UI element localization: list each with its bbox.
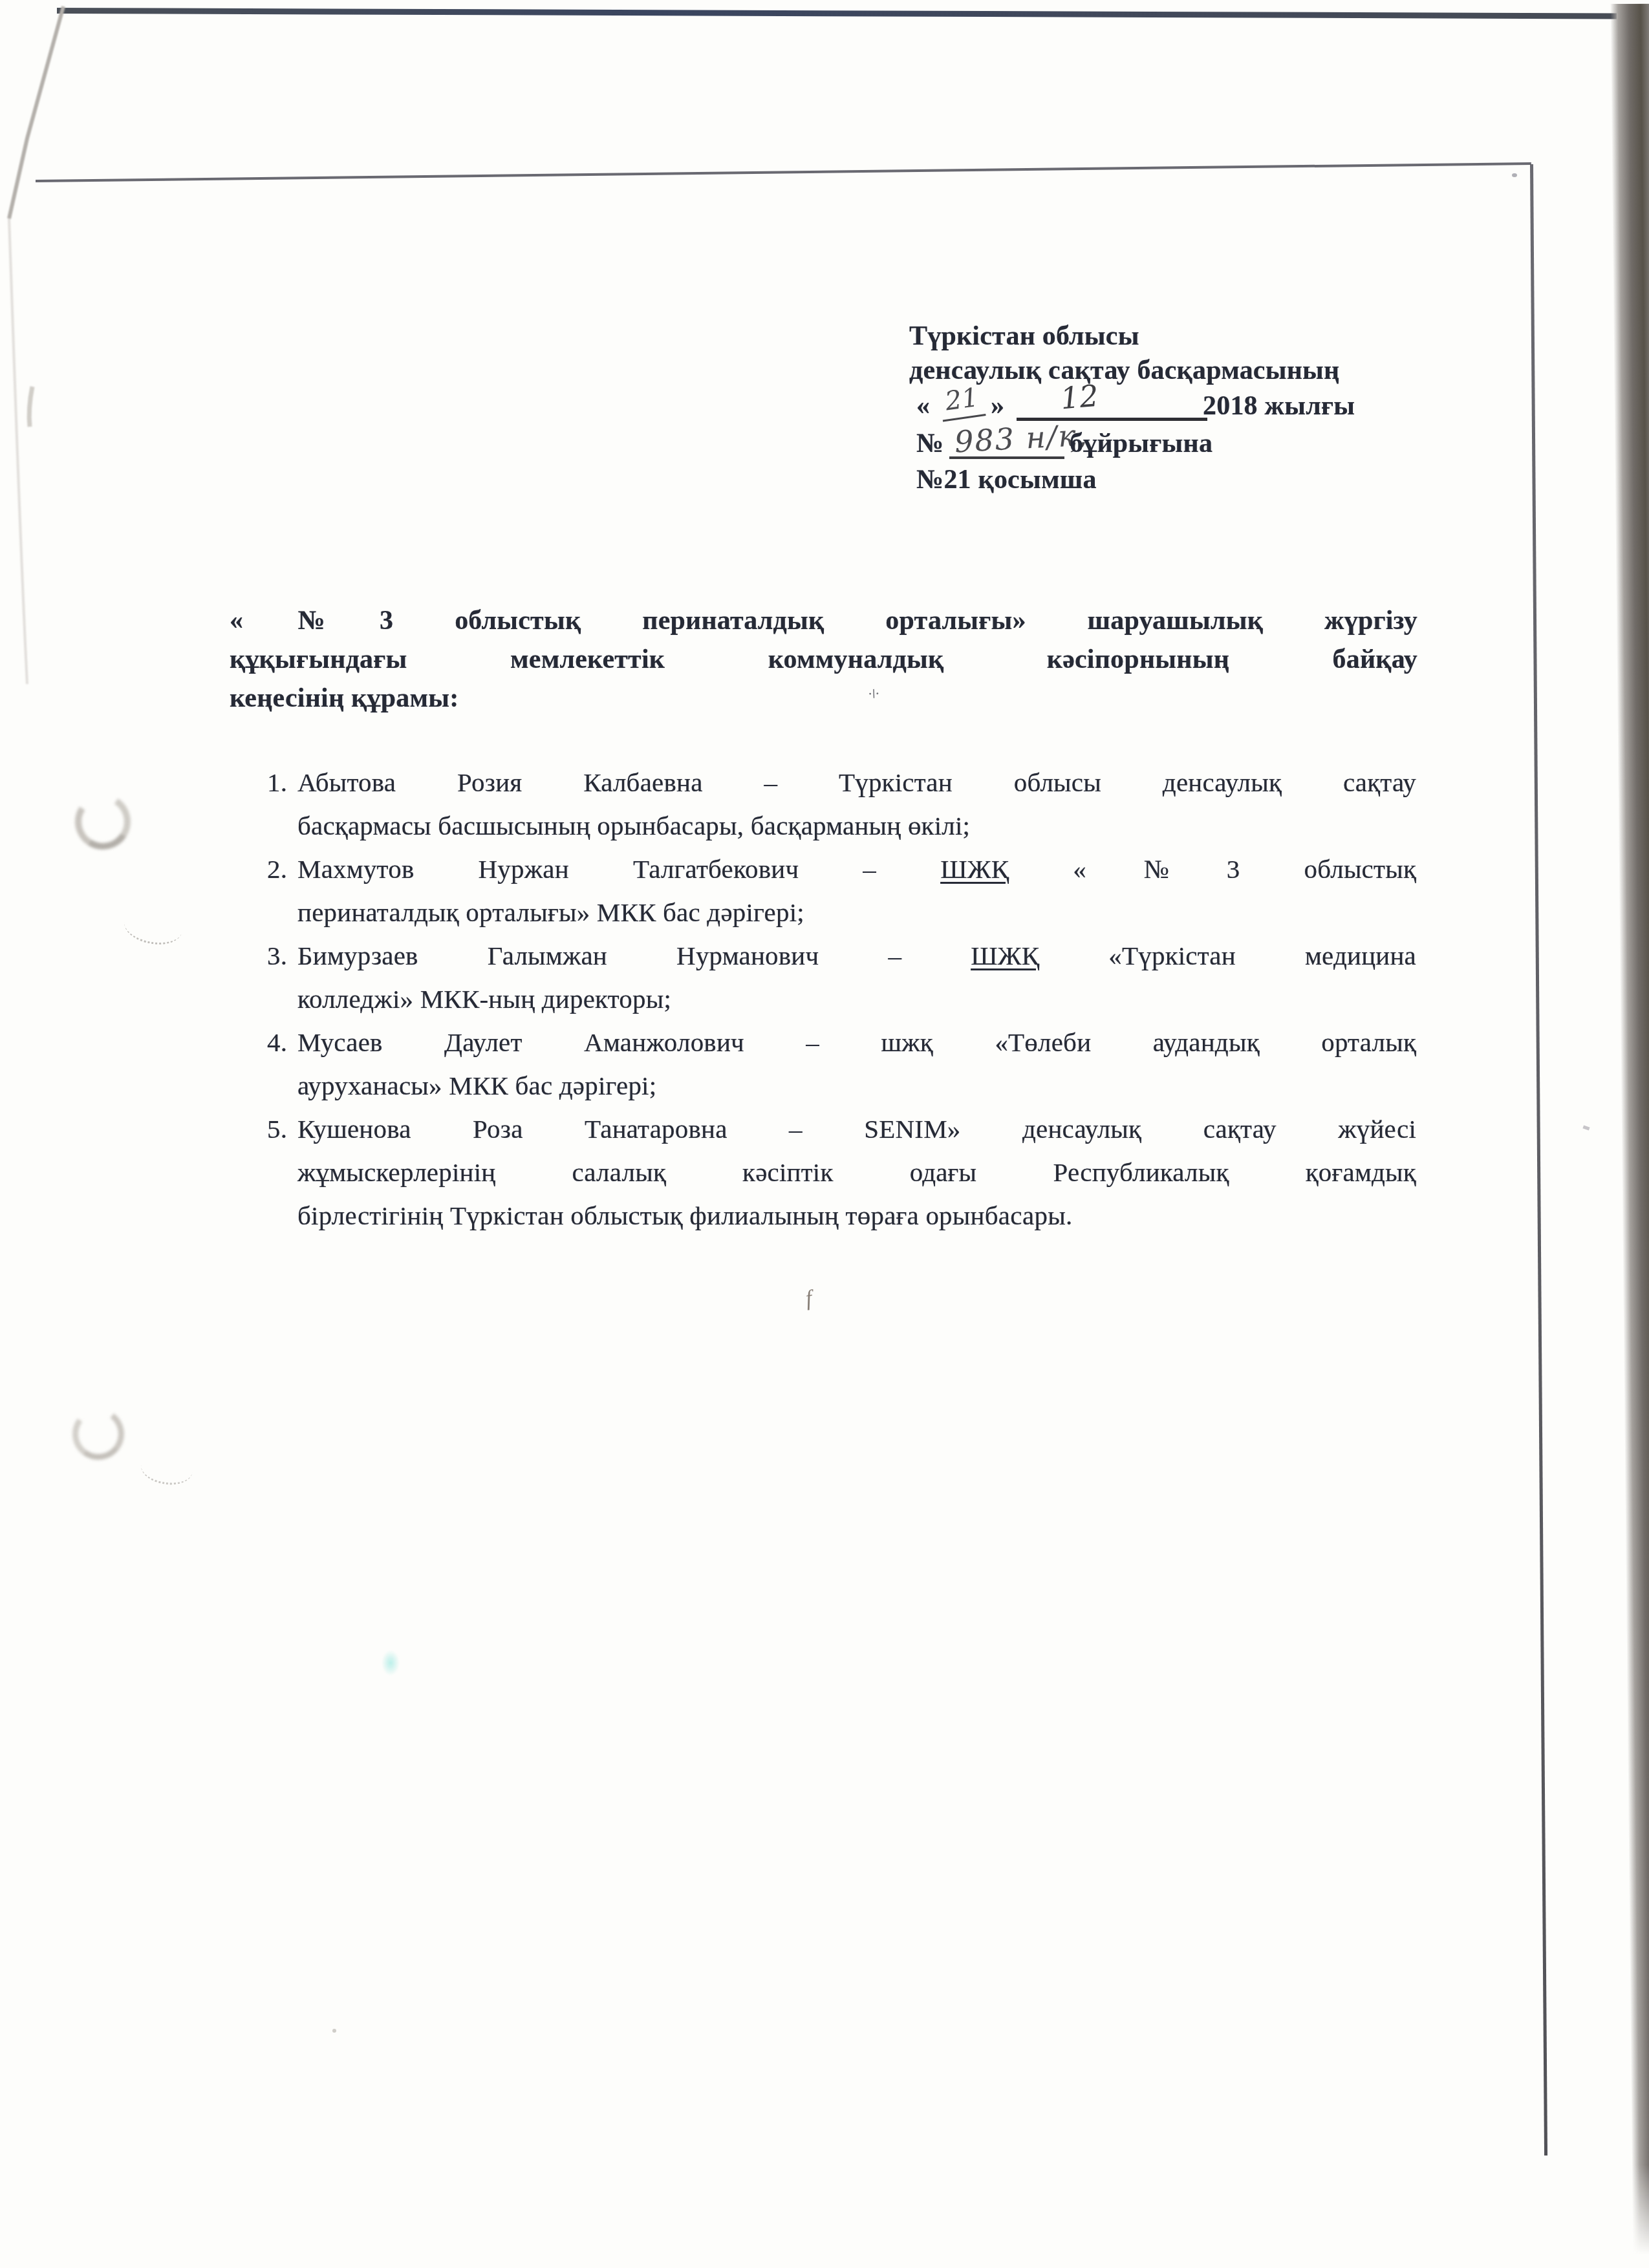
year-text: 2018 жылғы xyxy=(1203,389,1355,423)
dust-speck xyxy=(1512,173,1517,177)
list-item-text: Бимурзаев Галымжан Нурманович – xyxy=(297,941,901,970)
list-item-line: Мусаев Даулет Аманжолович – шжқ «Төлеби … xyxy=(297,1021,1416,1064)
appendix-number: №21 қосымша xyxy=(916,463,1417,497)
list-item-text: «Түркістан медицина xyxy=(1108,941,1416,970)
list-item-line: Бимурзаев Галымжан Нурманович – ШЖҚ «Түр… xyxy=(297,934,1416,978)
dust-speck xyxy=(1582,1125,1590,1130)
title-line: кеңесінің құрамы: xyxy=(230,679,1417,718)
list-item: 5. Кушенова Роза Танатаровна – SENIM» де… xyxy=(267,1107,1425,1237)
number-sign: № xyxy=(916,427,943,461)
title-line: «№3 облыстық перинаталдық орталығы» шару… xyxy=(230,601,1417,640)
order-reference-block: Түркістан облысы денсаулық сақтау басқар… xyxy=(907,319,1417,497)
underlined-abbreviation: ШЖҚ xyxy=(971,941,1039,970)
list-item: 3. Бимурзаев Галымжан Нурманович – ШЖҚ «… xyxy=(267,934,1425,1021)
punch-hole-shadow-bottom xyxy=(69,1405,127,1463)
stray-pencil-mark-center: f xyxy=(804,1287,814,1312)
department-name: денсаулық сақтау басқармасының xyxy=(909,354,1417,388)
list-item-number: 5. xyxy=(267,1107,287,1151)
close-quote: » xyxy=(991,389,1004,423)
list-item-line: ауруханасы» МКК бас дәрігері; xyxy=(297,1064,1416,1107)
list-item-line: Махмутов Нуржан Талгатбекович – ШЖҚ «№3 … xyxy=(297,848,1416,891)
list-item-line: перинаталдық орталығы» МКК бас дәрігері; xyxy=(297,891,1416,934)
list-item-number: 1. xyxy=(267,761,287,804)
page-fold-crease xyxy=(0,0,129,711)
list-item-number: 3. xyxy=(267,934,287,978)
member-list: 1. Абытова Розия Калбаевна – Түркістан о… xyxy=(267,761,1425,1237)
vertical-rule-line xyxy=(1530,164,1547,2156)
order-number-line: № 983 н/қ, бұйрығына xyxy=(907,425,1417,463)
dust-speck xyxy=(332,2029,336,2033)
list-item-line: Абытова Розия Калбаевна – Түркістан облы… xyxy=(297,761,1416,804)
dotted-arc-mark-top xyxy=(122,906,185,949)
scanner-shadow-band xyxy=(1610,3,1649,2254)
list-item-number: 2. xyxy=(267,848,287,891)
list-item: 4. Мусаев Даулет Аманжолович – шжқ «Төле… xyxy=(267,1021,1425,1107)
list-item-line: Кушенова Роза Танатаровна – SENIM» денса… xyxy=(297,1107,1416,1151)
order-date-line: « 21 » 12 2018 жылғы xyxy=(907,388,1417,425)
cyan-smudge xyxy=(382,1650,400,1676)
scanned-document-page: ÷ f Түркістан облысы денсаулық сақтау ба… xyxy=(0,0,1649,2268)
open-quote: « xyxy=(916,389,930,423)
document-title: «№3 облыстық перинаталдық орталығы» шару… xyxy=(230,601,1417,718)
region-name: Түркістан облысы xyxy=(909,319,1417,354)
list-item: 2. Махмутов Нуржан Талгатбекович – ШЖҚ «… xyxy=(267,848,1425,934)
horizontal-rule-line xyxy=(36,162,1531,182)
title-line: құқығындағы мемлекеттік коммуналдық кәсі… xyxy=(230,640,1417,679)
list-item-line: колледжі» МКК-ның директоры; xyxy=(297,978,1416,1021)
list-item-line: жұмыскерлерінің салалық кәсіптік одағы Р… xyxy=(297,1151,1416,1194)
list-item: 1. Абытова Розия Калбаевна – Түркістан о… xyxy=(267,761,1425,848)
dotted-arc-mark-bottom xyxy=(139,1450,195,1488)
scan-top-edge-line xyxy=(57,8,1617,19)
list-item-text: «№3 облыстық xyxy=(1073,854,1416,884)
handwritten-month: 12 xyxy=(1059,379,1100,416)
list-item-line: басқармасы басшысының орынбасары, басқар… xyxy=(297,804,1416,848)
order-number-underline xyxy=(949,456,1064,459)
underlined-abbreviation: ШЖҚ xyxy=(940,854,1009,884)
list-item-number: 4. xyxy=(267,1021,287,1064)
list-item-line: бірлестігінің Түркістан облыстық филиалы… xyxy=(297,1194,1416,1237)
order-word: бұйрығына xyxy=(1070,427,1212,461)
list-item-text: Махмутов Нуржан Талгатбекович – xyxy=(297,854,876,884)
handwritten-day: 21 xyxy=(938,380,986,422)
punch-hole-shadow-top xyxy=(70,789,136,855)
handwritten-order-number: 983 н/қ, xyxy=(954,418,1089,460)
